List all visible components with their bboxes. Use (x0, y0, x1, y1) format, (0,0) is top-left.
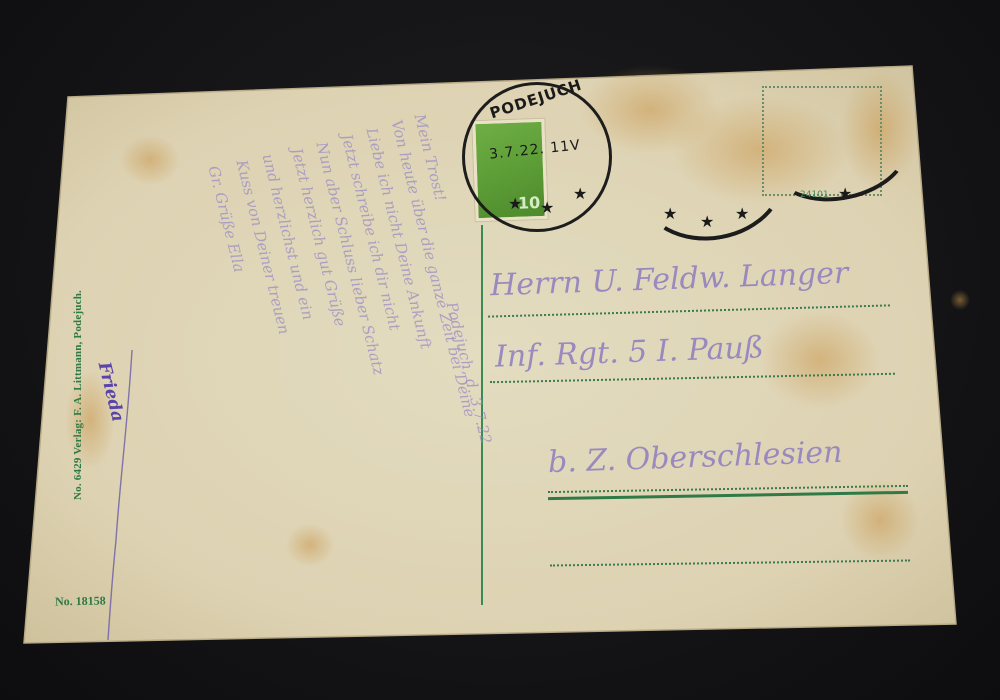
postcard: No. 6429 Verlag: F. A. Littmann, Podejuc… (0, 0, 1000, 700)
signature-stroke (0, 0, 1000, 700)
